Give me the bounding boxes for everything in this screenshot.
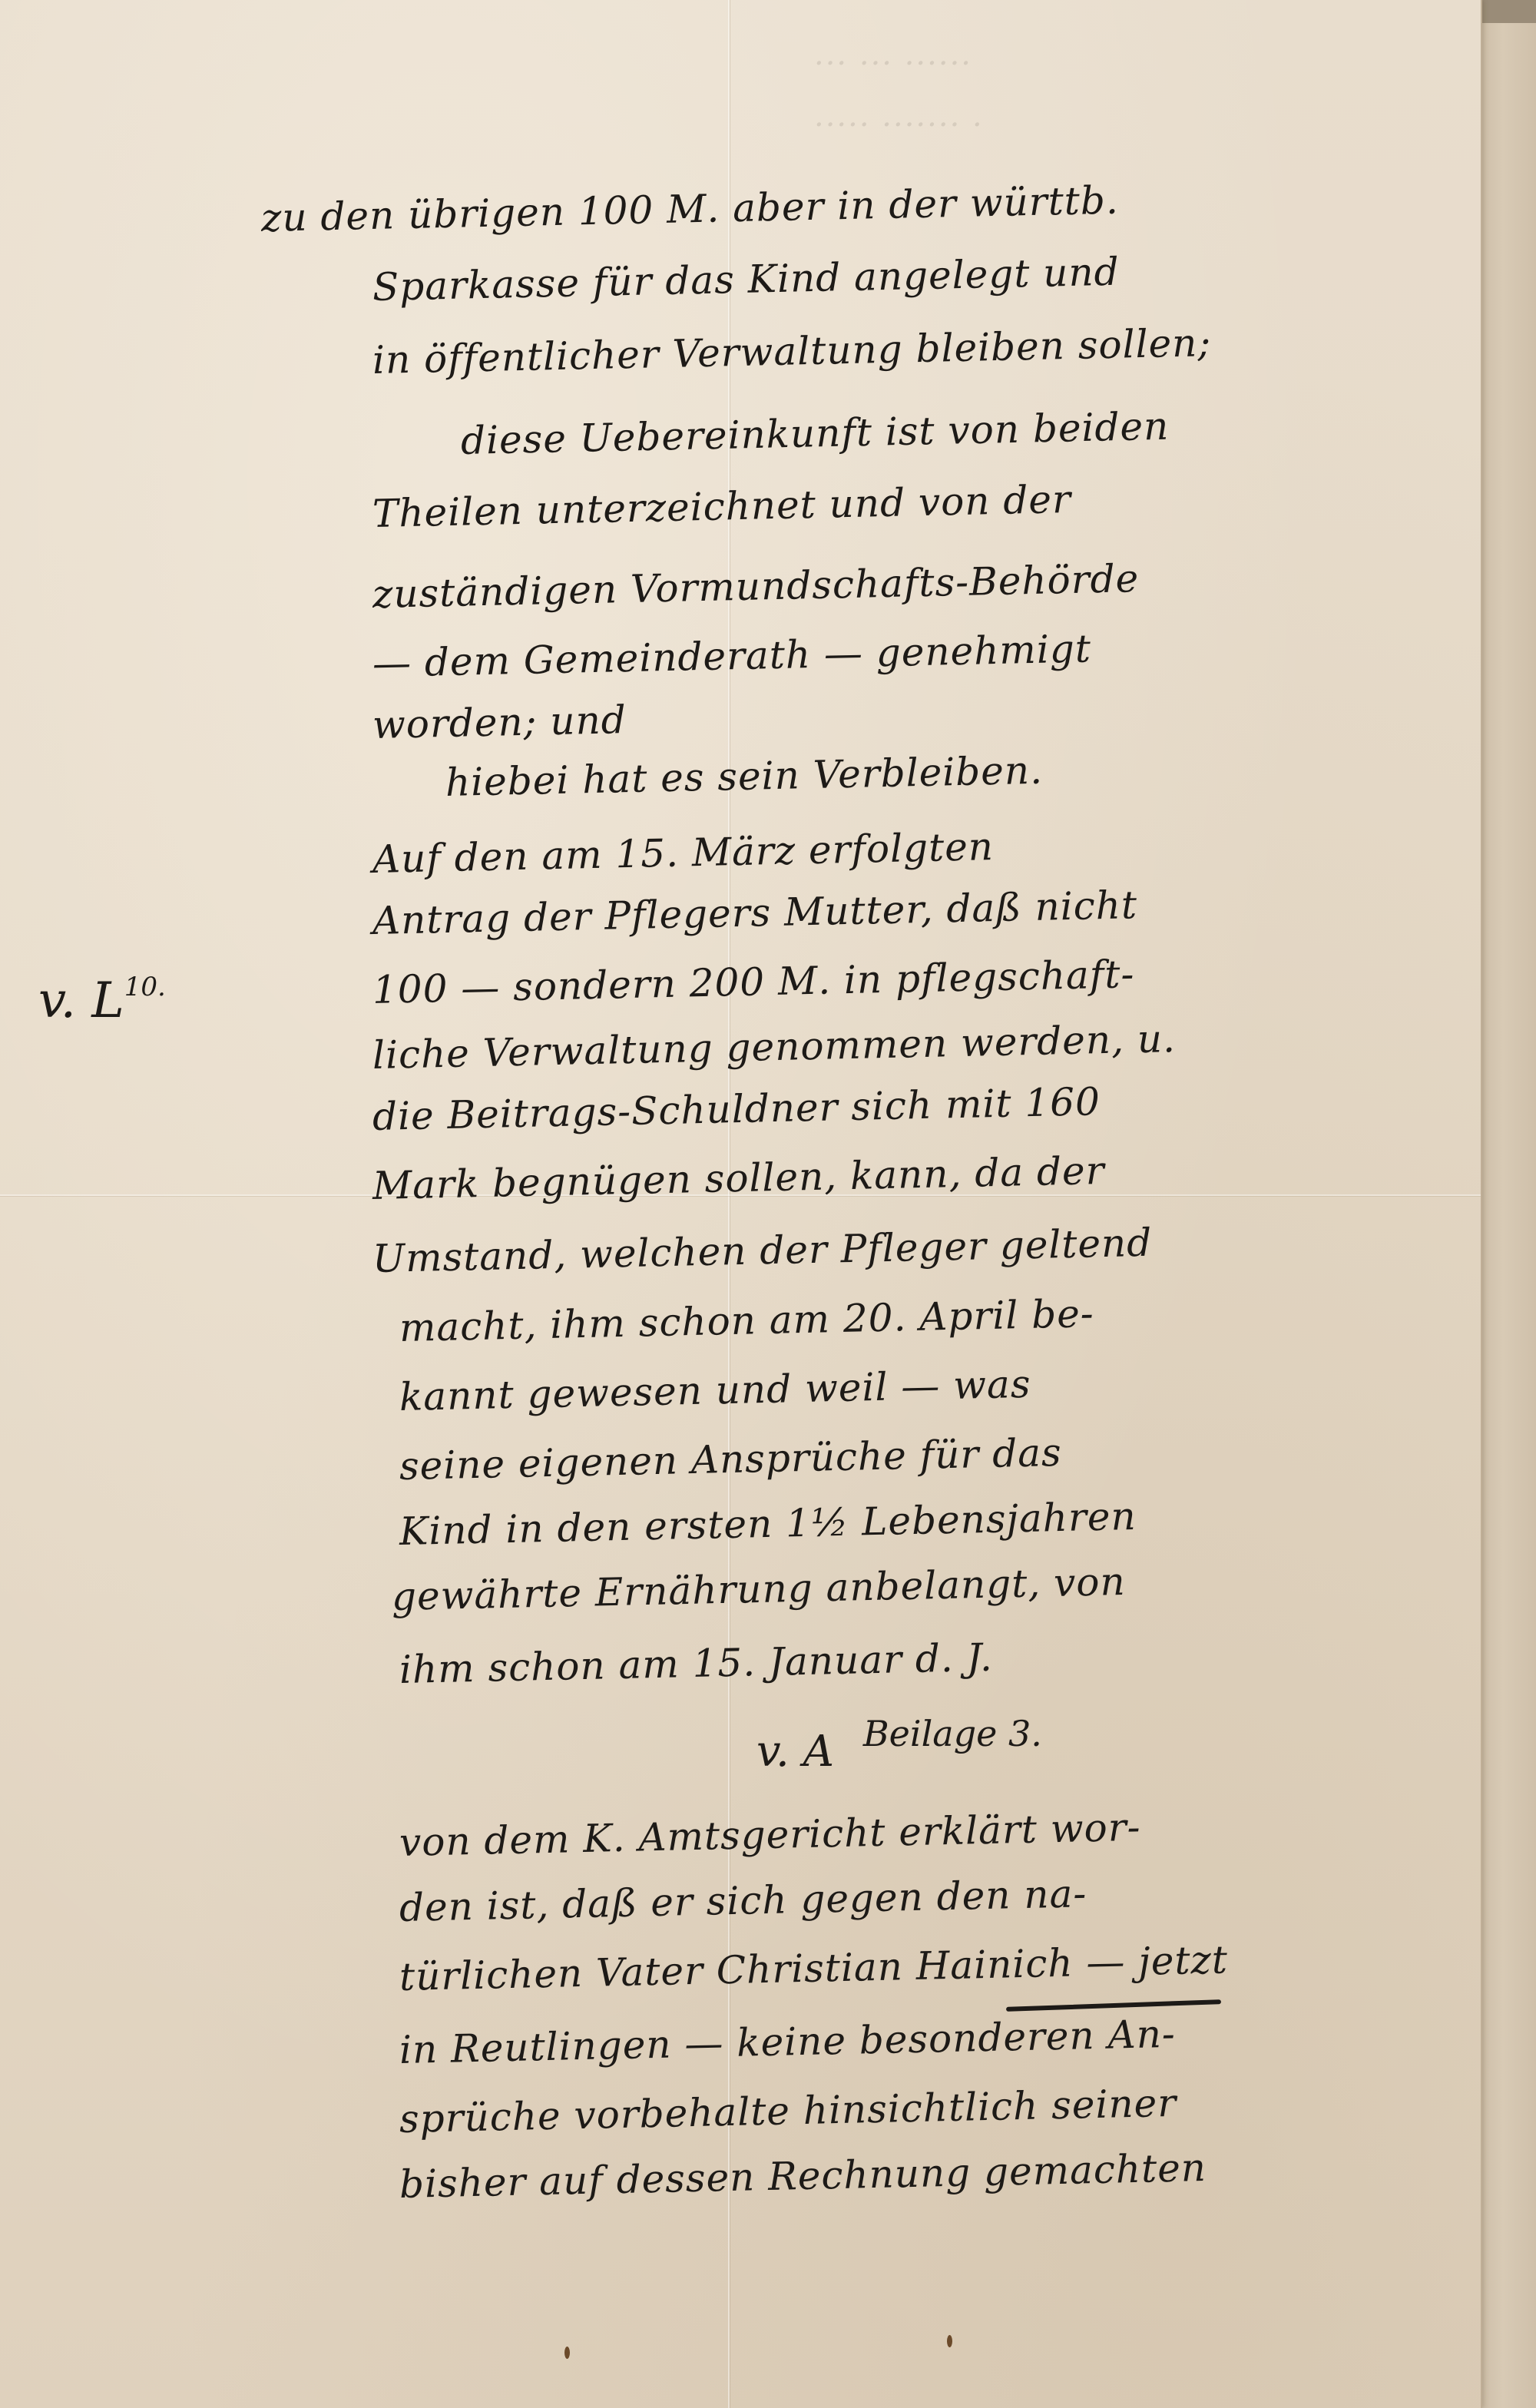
handwritten-line: Umstand, welchen der Pfleger geltend bbox=[372, 1221, 1152, 1281]
margin-note-number: 10. bbox=[124, 972, 166, 1002]
handwritten-line: diese Uebereinkunft ist von beiden bbox=[460, 404, 1169, 463]
handwritten-line: macht, ihm schon am 20. April be- bbox=[399, 1291, 1094, 1350]
beilage-prefix: v. A bbox=[756, 1727, 834, 1777]
handwritten-line: Auf den am 15. März erfolgten bbox=[372, 824, 994, 882]
handwritten-line: zuständigen Vormundschafts-Behörde bbox=[372, 556, 1139, 617]
handwritten-line: in öffentlicher Verwaltung bleiben solle… bbox=[372, 320, 1211, 383]
handwritten-line: — dem Gemeinderath — genehmigt bbox=[372, 626, 1091, 686]
margin-note-prefix: v. L bbox=[38, 972, 124, 1029]
underline-hainich bbox=[1006, 1999, 1221, 2012]
handwritten-line: bisher auf dessen Rechnung gemachten bbox=[399, 2145, 1207, 2207]
handwritten-line: gewährte Ernährung anbelangt, von bbox=[391, 1559, 1126, 1619]
handwritten-line: von dem K. Amtsgericht erklärt wor- bbox=[399, 1805, 1141, 1865]
handwritten-line: Antrag der Pflegers Mutter, daß nicht bbox=[372, 883, 1137, 943]
bleed-through-text: ··· ··· ······ bbox=[814, 46, 972, 81]
handwritten-line: seine eigenen Ansprüche für das bbox=[399, 1430, 1062, 1489]
handwritten-line: Kind in den ersten 1½ Lebensjahren bbox=[399, 1494, 1137, 1554]
underlying-sheet-edge bbox=[1481, 0, 1536, 2408]
handwritten-line: liche Verwaltung genommen werden, u. bbox=[372, 1016, 1176, 1078]
margin-reference-note: v. L10. bbox=[38, 972, 166, 1029]
bleed-through-text: ····· ······· · bbox=[814, 108, 984, 143]
handwritten-line: ihm schon am 15. Januar d. J. bbox=[399, 1635, 993, 1692]
handwritten-line: sprüche vorbehalte hinsichtlich seiner bbox=[399, 2081, 1177, 2141]
handwritten-line: die Beitrags-Schuldner sich mit 160 bbox=[372, 1079, 1101, 1139]
handwritten-line: Sparkasse für das Kind angelegt und bbox=[372, 250, 1120, 310]
handwritten-line: den ist, daß er sich gegen den na- bbox=[399, 1871, 1087, 1930]
handwritten-line: Mark begnügen sollen, kann, da der bbox=[372, 1148, 1105, 1208]
handwritten-line: in Reutlingen — keine besonderen An- bbox=[399, 2012, 1176, 2072]
beilage-label: Beilage 3. bbox=[863, 1713, 1042, 1754]
handwritten-line: 100 — sondern 200 M. in pflegschaft- bbox=[372, 952, 1134, 1012]
foxing-spot bbox=[947, 2335, 952, 2347]
handwritten-line: türlichen Vater Christian Hainich — jetz… bbox=[399, 1937, 1228, 1999]
handwritten-line: Theilen unterzeichnet und von der bbox=[372, 477, 1071, 536]
document-page: ··· ··· ······ ····· ······· · zu den üb… bbox=[0, 0, 1482, 2408]
foxing-spot bbox=[564, 2347, 570, 2359]
handwritten-line: hiebei hat es sein Verbleiben. bbox=[445, 748, 1043, 805]
handwritten-line: worden; und bbox=[372, 697, 627, 747]
handwritten-line: zu den übrigen 100 M. aber in der württb… bbox=[260, 178, 1119, 240]
beilage-reference-note: v. A Beilage 3. bbox=[756, 1713, 1042, 1777]
handwritten-line: kannt gewesen und weil — was bbox=[399, 1362, 1031, 1419]
